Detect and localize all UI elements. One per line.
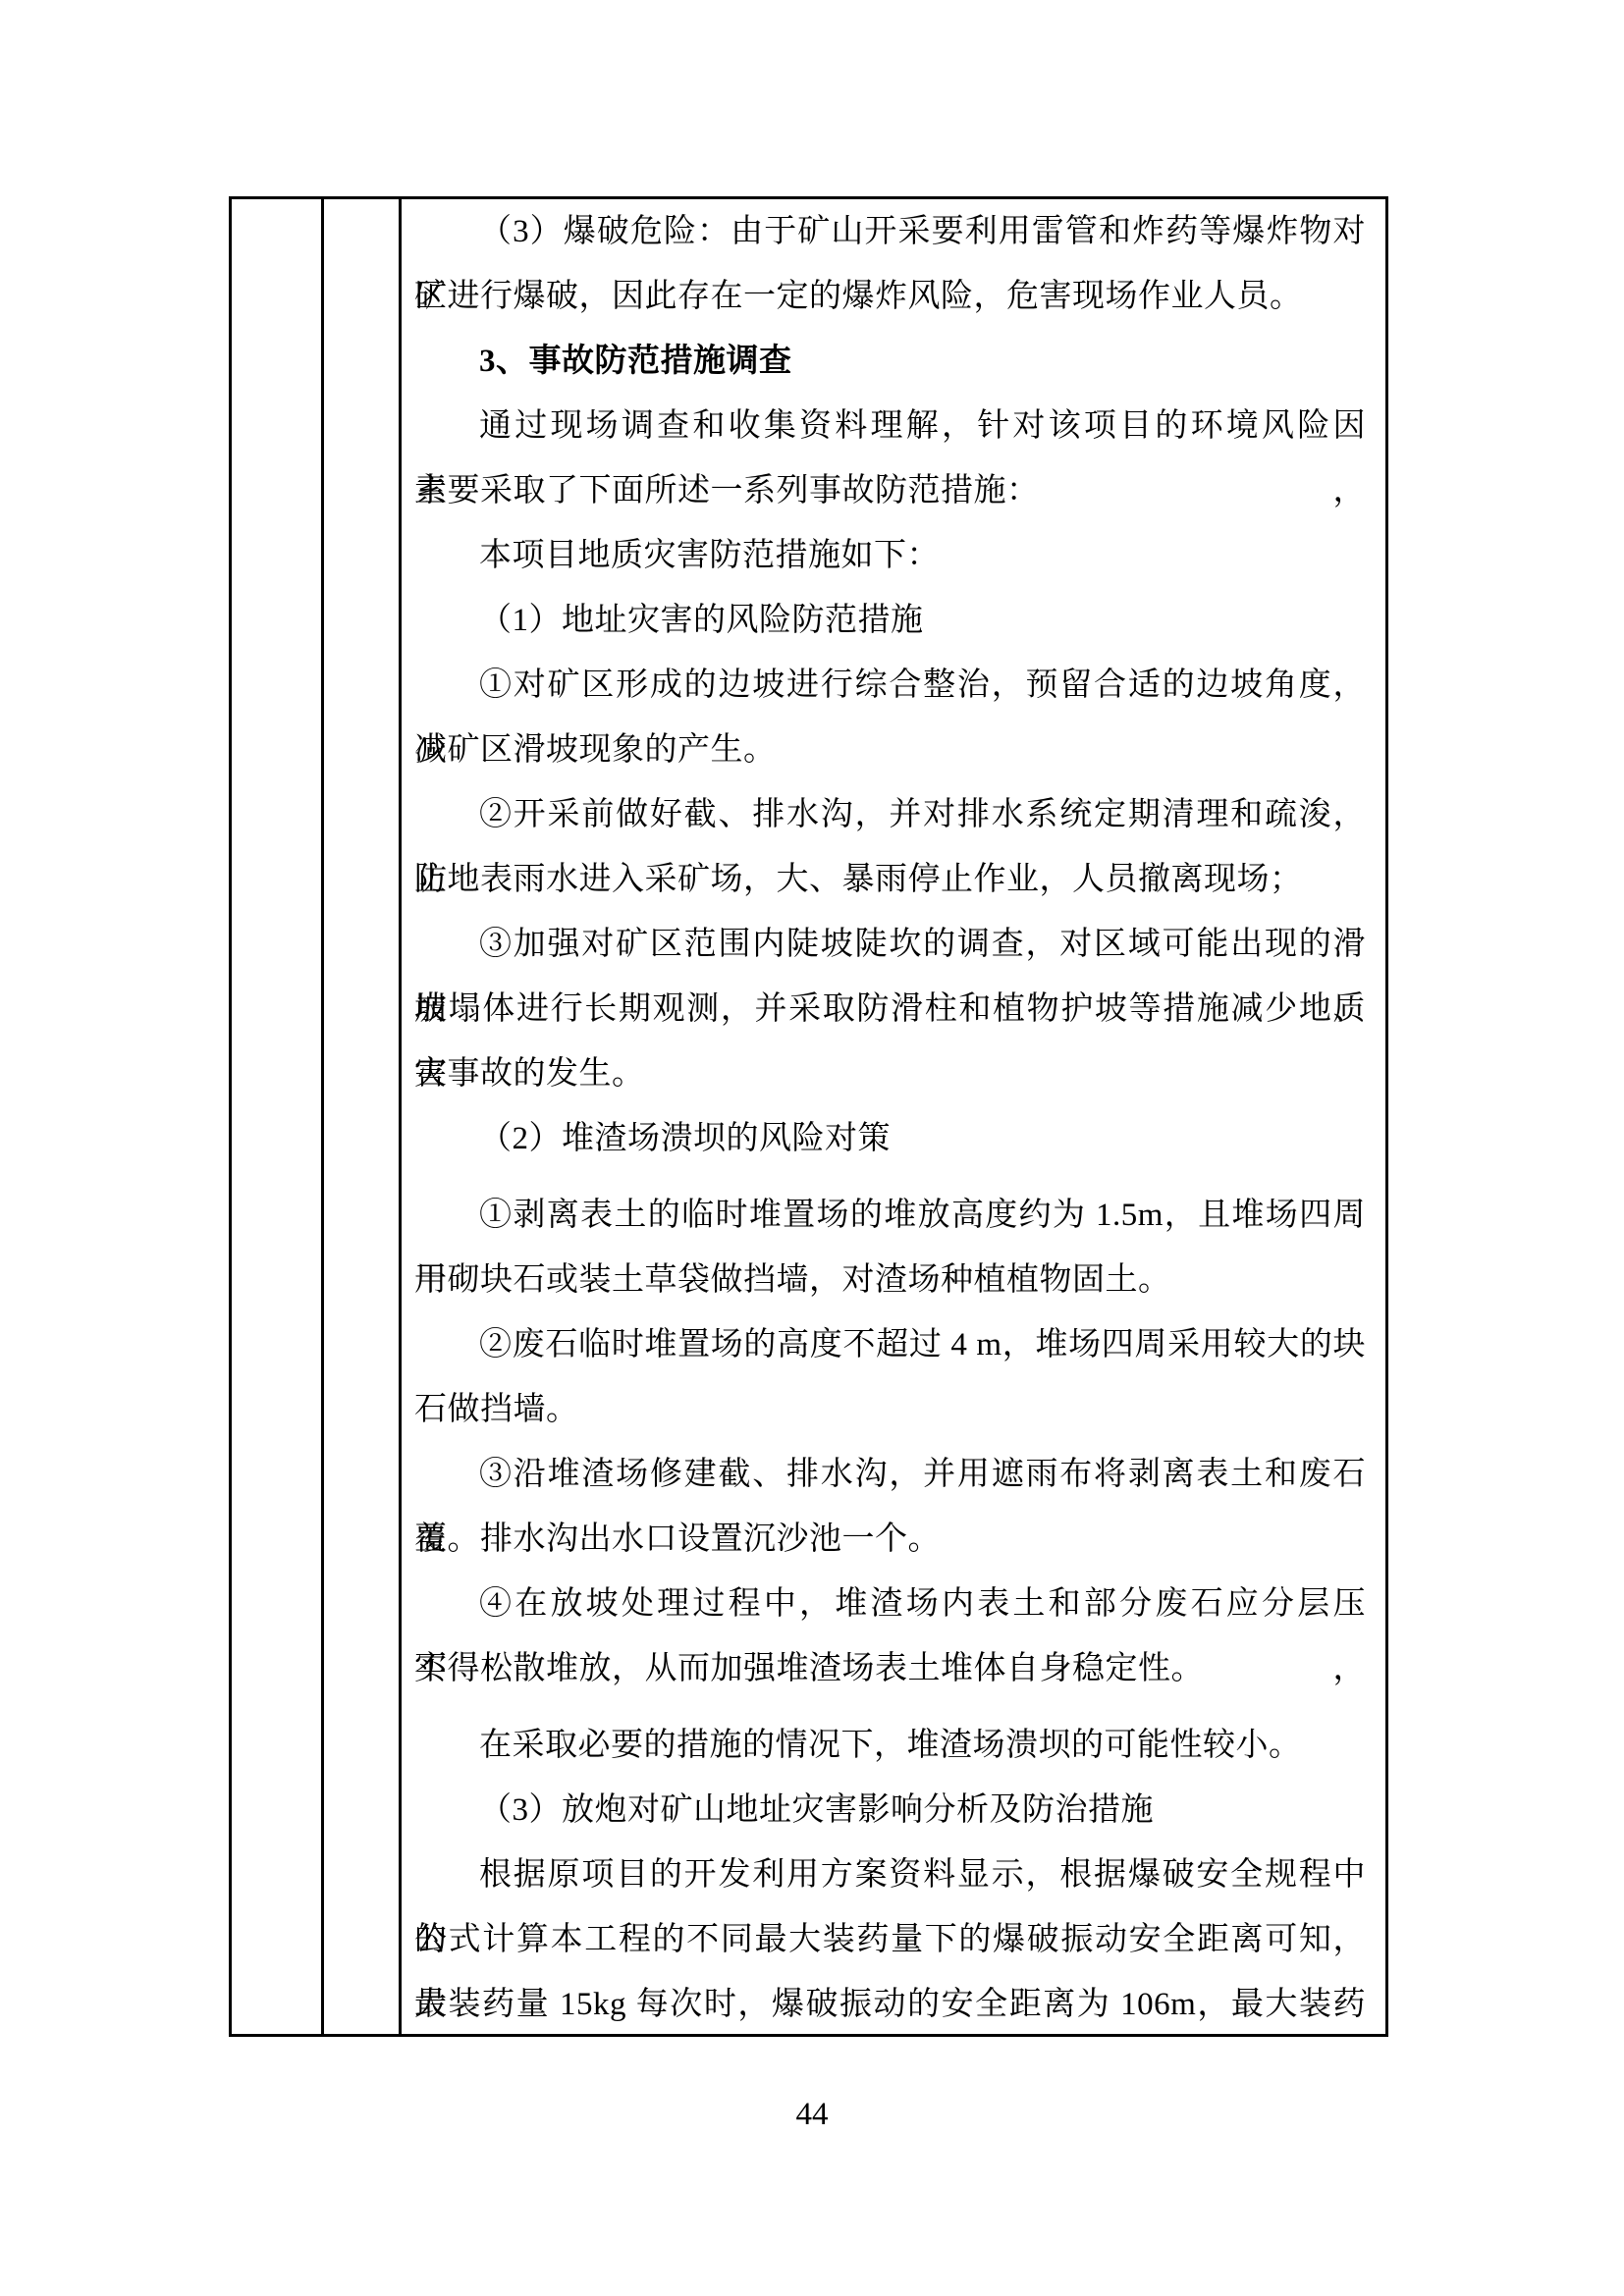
table-empty-cell-left xyxy=(232,199,324,2034)
body-text-line: 止地表雨水进入采矿场，大、暴雨停止作业，人员撤离现场； xyxy=(414,847,1366,912)
body-text-line: 害事故的发生。 xyxy=(414,1041,1366,1106)
body-text-line: 公式计算本工程的不同最大装药量下的爆破振动安全距离可知，最 xyxy=(414,1907,1366,1972)
page-number: 44 xyxy=(0,2095,1624,2134)
document-table: （3）爆破危险：由于矿山开采要利用雷管和炸药等爆炸物对矿区进行爆破，因此存在一定… xyxy=(229,196,1388,2037)
body-text-line: 通过现场调查和收集资料理解，针对该项目的环境风险因素， xyxy=(414,394,1366,458)
body-text-line: 石做挡墙。 xyxy=(414,1377,1366,1442)
text-cell: （3）爆破危险：由于矿山开采要利用雷管和炸药等爆炸物对矿区进行爆破，因此存在一定… xyxy=(402,199,1385,2034)
body-text-line: 区进行爆破，因此存在一定的爆炸风险，危害现场作业人员。 xyxy=(414,264,1366,329)
body-text-line: ①剥离表土的临时堆置场的堆放高度约为 1.5m，且堆场四周用 xyxy=(414,1183,1366,1248)
body-text-line: ③加强对矿区范围内陡坡陡坎的调查，对区域可能出现的滑坡、 xyxy=(414,912,1366,977)
body-text-line: 根据原项目的开发利用方案资料显示，根据爆破安全规程中的 xyxy=(414,1842,1366,1907)
table-empty-cell-middle xyxy=(324,199,402,2034)
body-text-line: ①对矿区形成的边坡进行综合整治，预留合适的边坡角度，减 xyxy=(414,653,1366,718)
section-heading-line: 3、事故防范措施调查 xyxy=(414,329,1366,394)
body-text-line: （3）爆破危险：由于矿山开采要利用雷管和炸药等爆炸物对矿 xyxy=(414,199,1366,264)
body-text-line: （1）地址灾害的风险防范措施 xyxy=(414,588,1366,653)
body-text-line: ④在放坡处理过程中，堆渣场内表土和部分废石应分层压实， xyxy=(414,1572,1366,1636)
body-text-line: ③沿堆渣场修建截、排水沟，并用遮雨布将剥离表土和废石覆 xyxy=(414,1442,1366,1507)
body-text-line: （2）堆渣场溃坝的风险对策 xyxy=(414,1106,1366,1171)
body-text-line: 干砌块石或装土草袋做挡墙，对渣场种植植物固土。 xyxy=(414,1248,1366,1312)
body-text-line: ②开采前做好截、排水沟，并对排水系统定期清理和疏浚，防 xyxy=(414,782,1366,847)
body-text-line: 少矿区滑坡现象的产生。 xyxy=(414,718,1366,782)
body-text-line: 在采取必要的措施的情况下，堆渣场溃坝的可能性较小。 xyxy=(414,1713,1366,1778)
body-text-line: 本项目地质灾害防范措施如下： xyxy=(414,523,1366,588)
body-text-line: 盖。排水沟出水口设置沉沙池一个。 xyxy=(414,1507,1366,1572)
body-text-line: 崩塌体进行长期观测，并采取防滑柱和植物护坡等措施减少地质灾 xyxy=(414,977,1366,1041)
body-text-line: （3）放炮对矿山地址灾害影响分析及防治措施 xyxy=(414,1778,1366,1842)
body-text-line: ②废石临时堆置场的高度不超过 4 m，堆场四周采用较大的块 xyxy=(414,1312,1366,1377)
body-text-line: 大装药量 15kg 每次时，爆破振动的安全距离为 106m，最大装药量 xyxy=(414,1972,1366,2034)
